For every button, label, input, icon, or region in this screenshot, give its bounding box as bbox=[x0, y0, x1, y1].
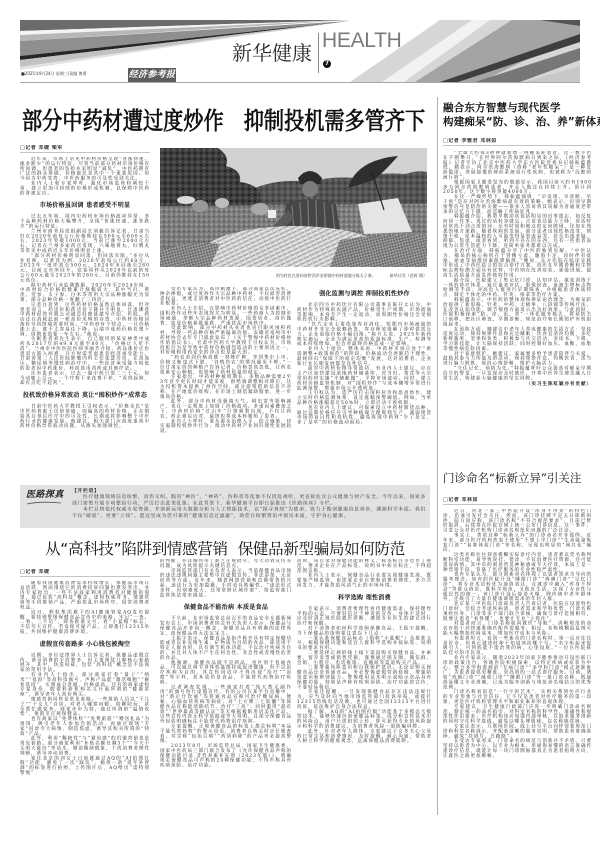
body-paragraph: 北京四方中药饮片有限公司董事长陈开太认为，中药材作为特殊的农副产品，价格受生产周… bbox=[297, 303, 432, 323]
body-paragraph: 有业内人士指出，部分商家打着“量子”“纳米”“基因”等高科技旗号，声称产品能“激… bbox=[20, 673, 150, 697]
lead-article-column-1: 近年来，市场上常见中药材价格呈现“普涨快速、涨多跌少”的运行特征。尽管当前部分药… bbox=[20, 157, 150, 476]
feature-headline-part-2: 保健品新型骗局如何防范 bbox=[238, 540, 405, 558]
body-paragraph: 有患者坦言，看到一些新奇的门诊名称时，第一反应往往是好奇，但真正就诊时却不知道该… bbox=[443, 636, 592, 656]
body-paragraph: 甘肃中医药大学教授王引权表示，“价格亲民”是中医药普惠于民的基础，而偏高的药材价… bbox=[20, 405, 150, 429]
title-divider bbox=[318, 33, 319, 73]
body-paragraph: 专家还提醒，一旦发现保健食品存在违法违规行为，应当及时向当地市场监管部门投诉举报… bbox=[297, 690, 432, 710]
credit-line: （实习生陈虹颖亦有贡献） bbox=[443, 382, 592, 387]
body-paragraph: 据中药材行业监测数据，2020年至2024年间，中药材综合价格指数累计涨幅较大，… bbox=[20, 283, 150, 303]
body-paragraph: 事实上，类似这种“标新立异”的门诊命名并非孤例。近年来，部分医疗机构热衷于使用“… bbox=[443, 533, 592, 553]
body-paragraph: 兰州市商务局党组副局长刘毅告诉记者，甘肃当归在2020年前每公斤价格维持在500… bbox=[20, 229, 150, 253]
issue-date-line: ■2025年9月24日 星期三/责编 傅勇 bbox=[21, 71, 116, 78]
column-intro-paragraphs: 医疗健康领域信息纷繁，真伪交织。假冒“神医”、“神药”、伪科普等乱象不仅扰乱视听… bbox=[72, 494, 426, 519]
body-paragraph: 对于家庭照护，她建议，家属要多给予患者陪伴与关爱，鼓励其参与力所能及的活动，保持… bbox=[443, 352, 592, 367]
column-divider bbox=[437, 97, 438, 815]
body-paragraph: 失眠患者刘先生表示，自己服用的某安神类中成药从2017年的49.8元涨至80元，… bbox=[20, 337, 150, 371]
body-paragraph: 2023年8月，市场监管总局、国家卫生健康委、国家中医药局三部门联合发布了《允许… bbox=[160, 744, 292, 768]
body-paragraph: 门诊名称看似是“一行字的艺术”，实则关系到医疗行业的专业形象与社会信任。它不仅是… bbox=[443, 690, 592, 705]
body-paragraph: “全球大约每3秒钟就新增一例痴呆症患者，这一数字仍在不断攀升。”在世界阿尔茨海默… bbox=[443, 151, 592, 180]
body-paragraph: “部分药材价格明显回落，但回落有限。”多位从业者称，以黄芪为例，2020年前每公… bbox=[20, 254, 150, 283]
body-paragraph: 专家提醒，正规保健食品的标签上都会标明“本品不能代替药物”的警示用语，消费者在购… bbox=[160, 724, 292, 744]
lead-article-column-2: 受访专家认为，高价刺激下，部分商家以次充好、掺杂掺假，或过度炒作大宗品种中药材，… bbox=[160, 287, 292, 476]
photo-credit: 新华社发（范晖 摄） bbox=[390, 274, 427, 279]
column-intro-text: 【开栏语】 医疗健康领域信息纷繁，真伪交织。假冒“神医”、“神药”、伪科普等乱象… bbox=[72, 488, 426, 526]
body-paragraph: 也有专家认为，部分创新命名体现了以患者需求为导向的服务理念。如有的医院开设“睡眠… bbox=[443, 573, 592, 602]
body-paragraph: 近年来，市场上常见中药材价格呈现“普涨快速、涨多跌少”的运行特征。尽管当前部分药… bbox=[20, 157, 150, 181]
body-paragraph: 记者注意到，这些药材价格虽然总体回落，但对患者而言，药房价和药店价下降并不明显。… bbox=[20, 303, 150, 337]
feature-article-column-a: 随着我国健康消费需求持续增长，保健品市场日益活跃，然而围绕它的消费投诉问题也愈发… bbox=[20, 581, 150, 808]
body-paragraph: 专家还表示，互联网医院、线上挂号平台同样需要规范门诊和科室名称展示，并配套清晰的… bbox=[443, 725, 592, 740]
body-paragraph: 市场监管部门有关负责人表示，当前保健食品市场的违法违规问题主要集中在虚假宣传、非… bbox=[160, 569, 292, 598]
photo-caption: 图为村民在贵州省黔西市金碧镇中药材基地分拣太子参。新华社发（范晖 摄） bbox=[160, 273, 427, 280]
sidebar-byline: □记者 李雅君 邓林如 bbox=[443, 138, 591, 146]
body-paragraph: 对于消费者如何科学选购保健食品，王振宇提醒，当下保健品的选购要注意以下几点： bbox=[297, 626, 432, 636]
body-paragraph: 也有业内人士建议，可探索设立中药材期货品种，通过远期价格信号引导种植端合理规划生… bbox=[297, 406, 432, 426]
lead-byline: □记者 邓婕 梁军 bbox=[20, 145, 150, 153]
clinic-article-body: 近日，河北一家三甲医院开设“浑身不得劲”的特色门诊，迅速引发社会关注。然而，该门… bbox=[443, 509, 592, 815]
body-paragraph: 本栏目将依托权威专家资源，并创新运用大数据分析与人工智能技术，以“探寻真知”为使… bbox=[72, 507, 426, 519]
body-paragraph: 一要认准保健食品标志（俗称“小蓝帽”）及批准文号，根据保健功能和适宜人群科学选购… bbox=[297, 636, 432, 651]
section-title-english: HEALTH bbox=[322, 29, 402, 53]
body-paragraph: 韩振蕴表示，中医药的整体观和辨证论治理念，为痴呆防治提供了新思路。针灸、中药、太… bbox=[443, 298, 592, 327]
lead-article-column-3: 强化监测与调控 抑制投机性炒作北京四方中药饮片有限公司董事长陈开太认为，中药材作… bbox=[297, 287, 432, 476]
section-title: 新华健康 bbox=[232, 42, 312, 64]
body-paragraph: 近期，多位法律界人士告诉记者，保健品虚假宣传、诱导消费的手段繁多，但主要围绕几种… bbox=[20, 653, 150, 673]
body-paragraph: 王振宇表示，保健食品是指声称并具有特定保健功能或者以补充维生素、矿物质为目的的食… bbox=[160, 636, 292, 660]
body-paragraph-continued: 同时，该目录对保健功能的释义、标签标注等也作了规范，要求企业在产品标签、说明书中… bbox=[297, 559, 432, 574]
body-paragraph: 近日，河北一家三甲医院开设“浑身不得劲”的特色门诊，迅速引发社会关注。然而，该门… bbox=[443, 509, 592, 533]
section-subheading: 科学选购 理性消费 bbox=[297, 594, 432, 601]
body-paragraph: “守住记忆，预防为先。”韩振蕴呼吁公众提高对痴呆早期信号的警觉，一旦发现应及时就… bbox=[443, 367, 592, 382]
sidebar-headline-line-1: 融合东方智慧与现代医学 bbox=[443, 101, 591, 115]
feature-byline: □记者 邓婕 bbox=[20, 569, 150, 577]
logo-swoosh-icon bbox=[26, 501, 62, 506]
body-paragraph: 此外，利用“稀缺性”与“紧迫感”的饥饿营销也是常见套路。部分商家利用“补贴名额仅… bbox=[20, 737, 150, 757]
section-subheading: 市场价格虽回调 患者感受不明显 bbox=[20, 202, 150, 209]
news-photo bbox=[160, 148, 427, 267]
feature-article-column-b: 的判断，并详细列举了缺乏正规批号、夸大功效宣传等问题，成为风险提示关键信息点。市… bbox=[160, 559, 292, 808]
body-paragraph: 他强调，保健食品既不是药品，也区别于普通食品，可以通过调节身体机能维持或促进健康… bbox=[160, 661, 292, 685]
body-paragraph: 随着我国健康消费需求持续增长，保健品市场日益活跃，然而围绕它的消费投诉问题也愈发… bbox=[20, 581, 150, 610]
body-paragraph: 此外，针对老年人群体，专家建议子女多关心父母的日常生活和消费情况，及时提醒、耐心… bbox=[297, 729, 432, 744]
lead-headline: 部分中药材遭过度炒作抑制投机需多管齐下 bbox=[22, 107, 425, 135]
body-paragraph: 业内人士表示，保健食品行业要实现健康发展，既要靠严格监管，也需要企业自律和消费者… bbox=[297, 574, 432, 589]
body-paragraph: 过去五年间，国内中药材市场价格波动异常，多个品种药材价格大幅攀升，呈现“普涨快速… bbox=[20, 215, 150, 230]
newspaper-logo: 经济参考报 bbox=[128, 68, 176, 82]
body-paragraph: 据介绍，医院建立了集记忆门诊、认知评估、康复训练于一体的诊疗体系，通过量表评估、… bbox=[443, 278, 592, 298]
body-paragraph: 情感营销同样是常见套路。一些推销人员以“干儿子”“干女儿”自居，对老人嘘寒问暖、… bbox=[20, 697, 150, 717]
column-logo: 医路探真 bbox=[26, 490, 64, 501]
body-paragraph: 家住北京的刘女士日前就通过AQ的“AI拍图打假”功能，避免了一次“踩坑”。她将一… bbox=[20, 756, 150, 776]
body-paragraph: 也有商家以“免费体检”“免费旅游”“赠送礼品”为诱饵，吸引老年人参加会销活动，再… bbox=[20, 717, 150, 737]
body-paragraph: 王引权认为，需严厉打击囤积居奇和恶意炒作，建立实时价格监测体系，设定涨幅预警阈值… bbox=[297, 391, 432, 406]
feature-headline: 从“高科技”陷阱到情感营销保健品新型骗局如何防范 bbox=[20, 539, 430, 559]
body-paragraph: 在这一严峻形势下，韩振蕴强调，“早发现、早诊断、早干预”是应对阿尔茨海默病最有效… bbox=[443, 195, 592, 215]
body-paragraph: 受访专家认为，高价刺激下，部分商家以次充好、掺杂掺假，或过度炒作大宗品种中药材，… bbox=[160, 287, 292, 307]
section-subheading: 保健食品不能治病 本质是食品 bbox=[160, 604, 292, 611]
photo-caption-text: 图为村民在贵州省黔西市金碧镇中药材基地分拣太子参。 bbox=[276, 274, 376, 279]
section-subheading: 强化监测与调控 抑制投机性炒作 bbox=[297, 290, 432, 297]
body-paragraph: 三要增强风险意识和自我保护意识。无论是购买保健食品还是普通食品，务必警惕虚假营销… bbox=[297, 666, 432, 690]
body-paragraph: 受此影响，部分中药材从业者也盲目跟风囤积药材，导致一些品种价格严重偏离价值。安徽… bbox=[160, 326, 292, 355]
body-paragraph: 专家建议，卫生健康行政部门应进一步明确门诊命名规范，制定统一的命名指引，对科室名… bbox=[443, 705, 592, 725]
sidebar-headline-line-2: 构建痴呆“防、诊、治、养”新体系 bbox=[443, 115, 591, 129]
body-paragraph: “饮片企业主要依靠库存消化，短期内市场流通的中药材并非完全依赖新货，库存释放缓解… bbox=[297, 323, 432, 347]
body-paragraph: 业内专家表示，随着2023年国家卫健委推动开设医联门诊的政策出台，各地医院积极探… bbox=[443, 656, 592, 690]
body-paragraph: 记者调查发现，一些商家打着“纯天然无副作用”的旗号进行虚假宣传，有的公司在某平台… bbox=[160, 685, 292, 724]
body-paragraph: 根据国家卫健委发布的数据显示，我国目前大约有1000多万阿尔茨海默病患者，并且人… bbox=[443, 180, 592, 195]
body-paragraph: 此外，部分中药材受极端天气、病虫害等影响减产，也在一定程度上加剧了价格波动。多重… bbox=[160, 400, 292, 420]
body-paragraph: 在预防方面，她建议中老年人养成健康的生活方式：坚持适度运动，保持规律作息和充足睡… bbox=[443, 327, 592, 351]
body-paragraph: 业内人士介绍，在影响中药材价格的众多因素中，囤积炒作近些年表现得尤为明显。一些药… bbox=[160, 307, 292, 327]
section-subheading: 投机致价格异常波动 莫让“囤积炒作”成常态 bbox=[20, 392, 150, 399]
body-paragraph: 专家表示，消费者要理性看待健康需求，保持理性平和的心态，不要轻信过于神奇的宣传。… bbox=[297, 607, 432, 627]
body-paragraph: 业内人士呼吁，要从源头治理入手，综合施策，切实遏制投机炒作行为，推动中药材产业回… bbox=[160, 419, 292, 434]
body-paragraph: 面对中药材价格异常波动，有业内人士建议，应在主产区加快建设道地药材储备库，对当归… bbox=[297, 367, 432, 391]
body-paragraph: 韩振蕴介绍，典型早期症状包括明显的近事遗忘，如反复问同一件事、说过的话转身就忘；… bbox=[443, 215, 592, 249]
page-number-badge: 7 bbox=[323, 60, 331, 68]
body-paragraph-continued: 的判断，并详细列举了缺乏正规批号、夸大功效宣传等问题，成为风险提示关键信息点。 bbox=[160, 559, 292, 569]
lead-headline-part-2: 抑制投机需多管齐下 bbox=[244, 106, 425, 135]
body-paragraph: 对患者而言，门诊名称如同就医“导航”，清晰规范的命名有助于其快速准确匹配所需服务… bbox=[443, 622, 592, 637]
body-paragraph: “药农看到价格高就一窝蜂扩种，等到集中上市，价格又断崖式下跌，‘谷贱伤农’的情况… bbox=[160, 356, 292, 376]
body-paragraph: 专家指出，中药材种植周期长，多数品种需要2至3年甚至更长时间才能采收，供给端调整… bbox=[160, 375, 292, 399]
feature-headline-part-1: 从“高科技”陷阱到情感营销 bbox=[45, 540, 228, 558]
feature-article-column-c: 同时，该目录对保健功能的释义、标签标注等也作了规范，要求企业在产品标签、说明书中… bbox=[297, 559, 432, 808]
body-paragraph: 北京某三甲医院门诊部负责人告诉记者，医院在设置特色门诊时，会综合考虑疾病谱、患者… bbox=[443, 602, 592, 622]
sidebar-headline: 融合东方智慧与现代医学 构建痴呆“防、诊、治、养”新体系 bbox=[443, 101, 591, 129]
clinic-headline: 门诊命名“标新立异”引关注 bbox=[443, 471, 591, 485]
body-paragraph: 不久前，在市场监管总局召开的食品安全专题新闻发布会上，中国消费者协会有关负责人表… bbox=[160, 617, 292, 637]
body-paragraph: 在受访专家看来，门诊命名的规范与创新并不矛盾。只要坚持以患者为中心、以专业为根本… bbox=[443, 739, 592, 759]
masthead-rule bbox=[20, 82, 580, 83]
masthead-banner: 新华健康 HEALTH 7 ■2025年9月24日 星期三/责编 傅勇 经济参考… bbox=[20, 20, 580, 82]
body-paragraph: 据了解，AQ的“AI拍图打假”功能基于多模态大模型技术，能够快速识别保健品标签、… bbox=[297, 710, 432, 730]
body-paragraph: 医疗健康领域信息纷繁，真伪交织。假冒“神医”、“神药”、伪科普等乱象不仅扰乱视听… bbox=[72, 494, 426, 506]
body-paragraph: 还有患者表示，过去一服中药只需二三十元，如今动辄上百元，一个疗程下来花费不菲，“… bbox=[20, 371, 150, 386]
herb-harvest-photo bbox=[160, 148, 427, 267]
body-paragraph: 这类名称往往刻意模糊实际诊疗内容，患者难以凭名称判断科室功能，易导致误挂、错诊，… bbox=[443, 553, 592, 573]
body-paragraph: 二要选择正规的线上线下渠道购买保健食品，并索要、留存发票或销售凭据，谨慎通过朋友… bbox=[297, 651, 432, 666]
sidebar-article-body: “全球大约每3秒钟就新增一例痴呆症患者，这一数字仍在不断攀升。”在世界阿尔茨海默… bbox=[443, 151, 592, 456]
body-paragraph: 业内人士和专家呼吁，强化市场监管和调控干预，建立更加可持续的价格形成机制，以保障… bbox=[20, 181, 150, 196]
lead-headline-part-1: 部分中药材遭过度炒作 bbox=[22, 106, 224, 135]
body-paragraph: 近日，蚂蚁集团旗下的AI健康管家AQ发布提醒，要特别警惕保健食品宣传中的套路，牢… bbox=[20, 610, 150, 634]
section-subheading: 虚假宣传套路多 小心钱包被掏空 bbox=[20, 640, 150, 647]
clinic-byline: □记者 邓林如 bbox=[443, 497, 591, 505]
body-paragraph: 在治疗方面，韩振蕴分享了中医的独到见解。“中医认为，痴呆的核心病机在于肾精亏虚、… bbox=[443, 249, 592, 278]
body-paragraph: 业内人士指出，整体来看，中药材市场正处于“供需调整+政策规范”的阶段，价格波动会… bbox=[297, 347, 432, 367]
